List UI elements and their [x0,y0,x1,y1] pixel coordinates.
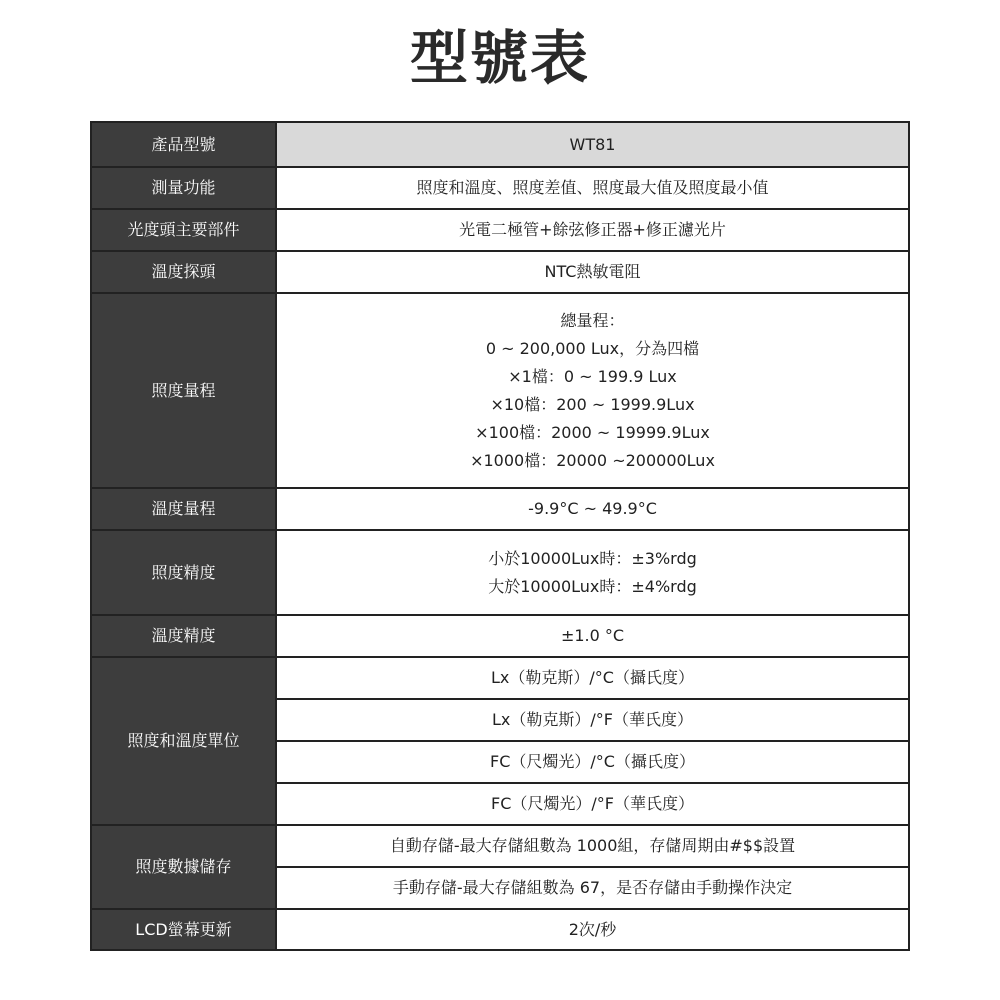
row-value: 小於10000Lux時：±3%rdg 大於10000Lux時：±4%rdg [276,530,909,615]
row-value: Lx（勒克斯）/°F（華氏度） [276,699,909,741]
row-label: 測量功能 [91,167,276,209]
table-row: 溫度量程 -9.9°C ~ 49.9°C [91,488,909,530]
table-row: LCD螢幕更新 2次/秒 [91,909,909,950]
table-row: 照度量程 總量程： 0 ~ 200,000 Lux，分為四檔 ×1檔：0 ~ 1… [91,293,909,488]
row-value: 自動存儲-最大存儲組數為 1000組，存儲周期由#$$設置 [276,825,909,867]
accuracy-line: 小於10000Lux時：±3%rdg [277,545,908,573]
row-label: 溫度精度 [91,615,276,657]
row-value: Lx（勒克斯）/°C（攝氏度） [276,657,909,699]
row-label: LCD螢幕更新 [91,909,276,950]
row-value: ±1.0 °C [276,615,909,657]
row-value: NTC熱敏電阻 [276,251,909,293]
row-value: 總量程： 0 ~ 200,000 Lux，分為四檔 ×1檔：0 ~ 199.9 … [276,293,909,488]
range-line: ×10檔：200 ~ 1999.9Lux [277,391,908,419]
table-row: 照度和溫度單位 Lx（勒克斯）/°C（攝氏度） [91,657,909,699]
accuracy-line: 大於10000Lux時：±4%rdg [277,573,908,601]
row-value: FC（尺燭光）/°C（攝氏度） [276,741,909,783]
row-label: 溫度量程 [91,488,276,530]
row-value: 照度和溫度、照度差值、照度最大值及照度最小值 [276,167,909,209]
row-label: 溫度探頭 [91,251,276,293]
table-row: 產品型號 WT81 [91,122,909,167]
row-label: 照度數據儲存 [91,825,276,909]
table-row: 溫度探頭 NTC熱敏電阻 [91,251,909,293]
row-value: FC（尺燭光）/°F（華氏度） [276,783,909,825]
row-value: 光電二極管+餘弦修正器+修正濾光片 [276,209,909,251]
row-label: 照度和溫度單位 [91,657,276,825]
spec-table: 產品型號 WT81 測量功能 照度和溫度、照度差值、照度最大值及照度最小值 光度… [90,121,910,951]
range-line: ×1000檔：20000 ~200000Lux [277,447,908,475]
table-row: 測量功能 照度和溫度、照度差值、照度最大值及照度最小值 [91,167,909,209]
range-line: ×1檔：0 ~ 199.9 Lux [277,363,908,391]
row-value: -9.9°C ~ 49.9°C [276,488,909,530]
row-label: 照度量程 [91,293,276,488]
row-label: 產品型號 [91,122,276,167]
row-value: 2次/秒 [276,909,909,950]
row-value: WT81 [276,122,909,167]
page-title: 型號表 [0,18,1000,98]
range-line: ×100檔：2000 ~ 19999.9Lux [277,419,908,447]
table-row: 溫度精度 ±1.0 °C [91,615,909,657]
range-line: 總量程： [277,307,908,335]
range-line: 0 ~ 200,000 Lux，分為四檔 [277,335,908,363]
table-row: 光度頭主要部件 光電二極管+餘弦修正器+修正濾光片 [91,209,909,251]
row-value: 手動存儲-最大存儲組數為 67，是否存儲由手動操作決定 [276,867,909,909]
table-row: 照度精度 小於10000Lux時：±3%rdg 大於10000Lux時：±4%r… [91,530,909,615]
table-row: 照度數據儲存 自動存儲-最大存儲組數為 1000組，存儲周期由#$$設置 [91,825,909,867]
row-label: 照度精度 [91,530,276,615]
row-label: 光度頭主要部件 [91,209,276,251]
